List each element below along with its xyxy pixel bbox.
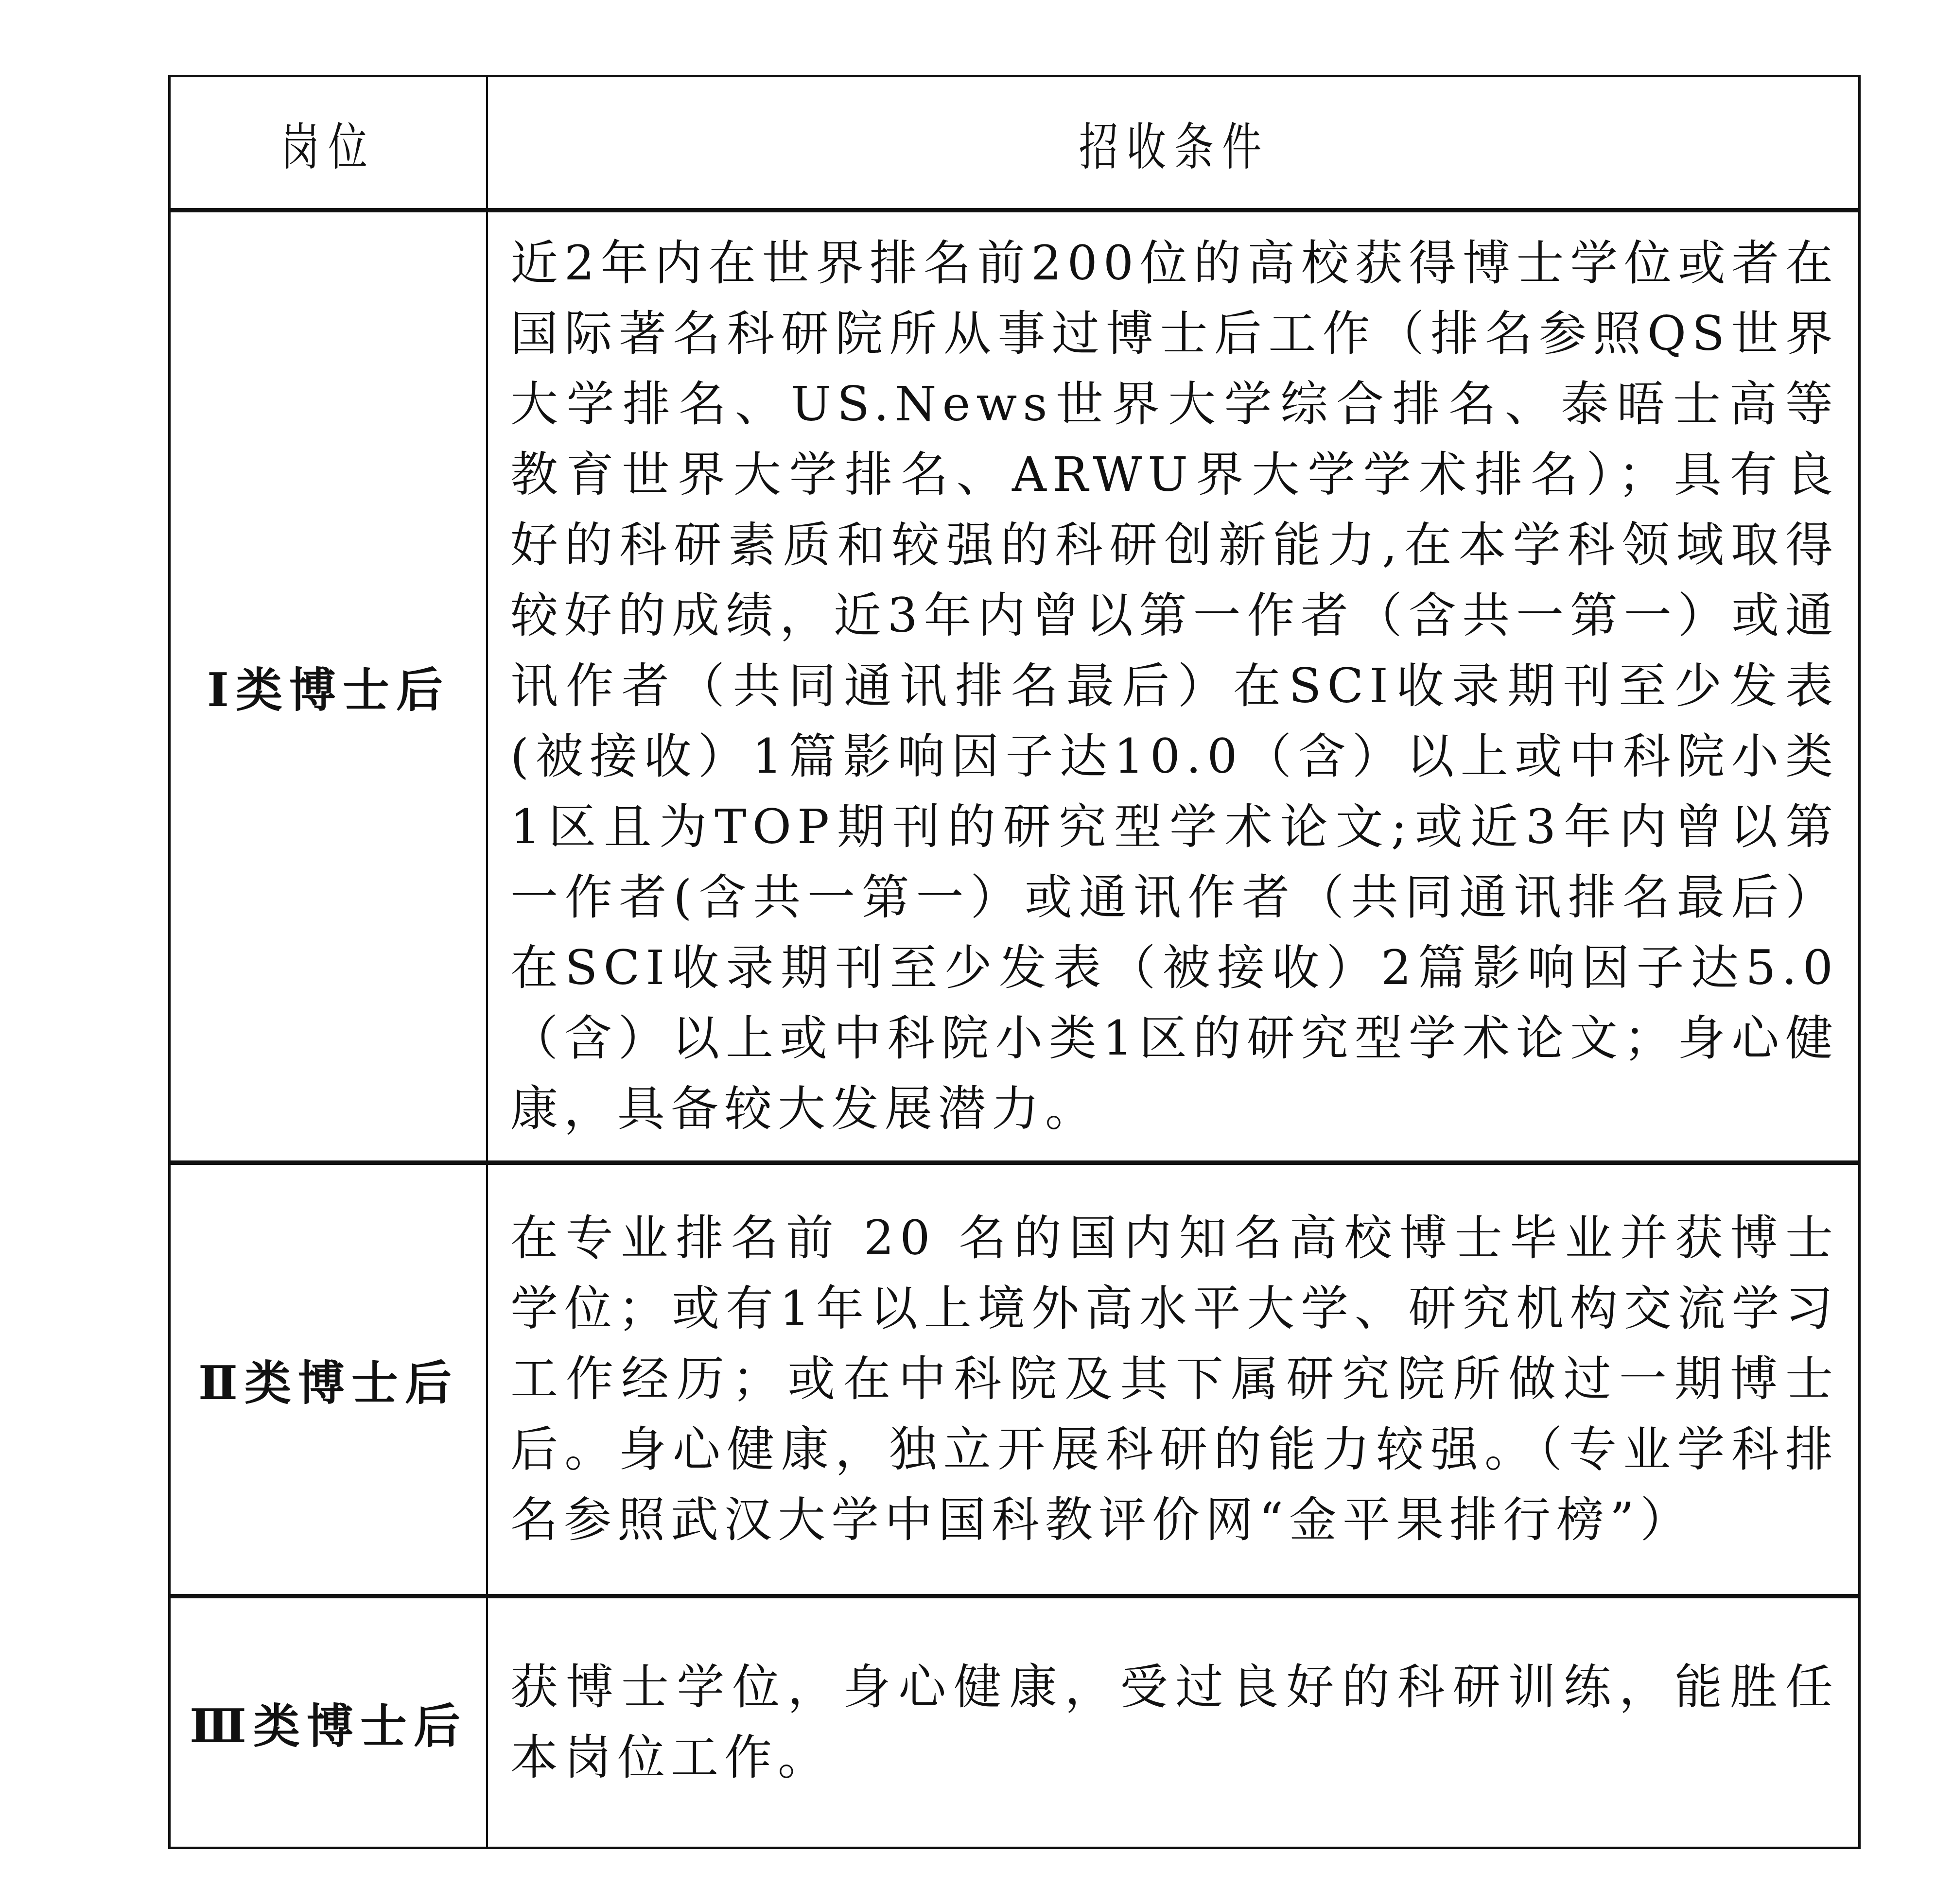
conditions-cell: 在专业排名前 20 名的国内知名高校博士毕业并获博士学位；或有1年以上境外高水平… [488,1165,1858,1594]
conditions-text: 获博士学位，身心健康，受过良好的科研训练，能胜任本岗位工作。 [510,1652,1839,1793]
position-label: Ⅲ类博士后 [190,1689,467,1756]
position-label: Ⅱ类博士后 [198,1346,458,1413]
position-cell: Ⅱ类博士后 [171,1165,488,1594]
position-cell: Ⅲ类博士后 [171,1598,488,1847]
position-cell: Ⅰ类博士后 [171,212,488,1160]
header-conditions-label: 招收条件 [1079,106,1270,179]
position-label: Ⅰ类博士后 [207,653,450,720]
header-cell-position: 岗位 [171,77,488,208]
table-row: Ⅰ类博士后 近2年内在世界排名前200位的高校获得博士学位或者在国际著名科研院所… [171,208,1858,1160]
conditions-text: 近2年内在世界排名前200位的高校获得博士学位或者在国际著名科研院所从事过博士后… [510,228,1839,1144]
recruitment-conditions-table: 岗位 招收条件 Ⅰ类博士后 近2年内在世界排名前200位的高校获得博士学位或者在… [168,75,1861,1849]
conditions-cell: 获博士学位，身心健康，受过良好的科研训练，能胜任本岗位工作。 [488,1598,1858,1847]
header-position-label: 岗位 [280,106,376,179]
conditions-cell: 近2年内在世界排名前200位的高校获得博士学位或者在国际著名科研院所从事过博士后… [488,212,1858,1160]
table-row: Ⅲ类博士后 获博士学位，身心健康，受过良好的科研训练，能胜任本岗位工作。 [171,1594,1858,1847]
table-header-row: 岗位 招收条件 [171,77,1858,208]
table-row: Ⅱ类博士后 在专业排名前 20 名的国内知名高校博士毕业并获博士学位；或有1年以… [171,1160,1858,1594]
conditions-text: 在专业排名前 20 名的国内知名高校博士毕业并获博士学位；或有1年以上境外高水平… [510,1203,1839,1556]
header-cell-conditions: 招收条件 [488,77,1858,208]
